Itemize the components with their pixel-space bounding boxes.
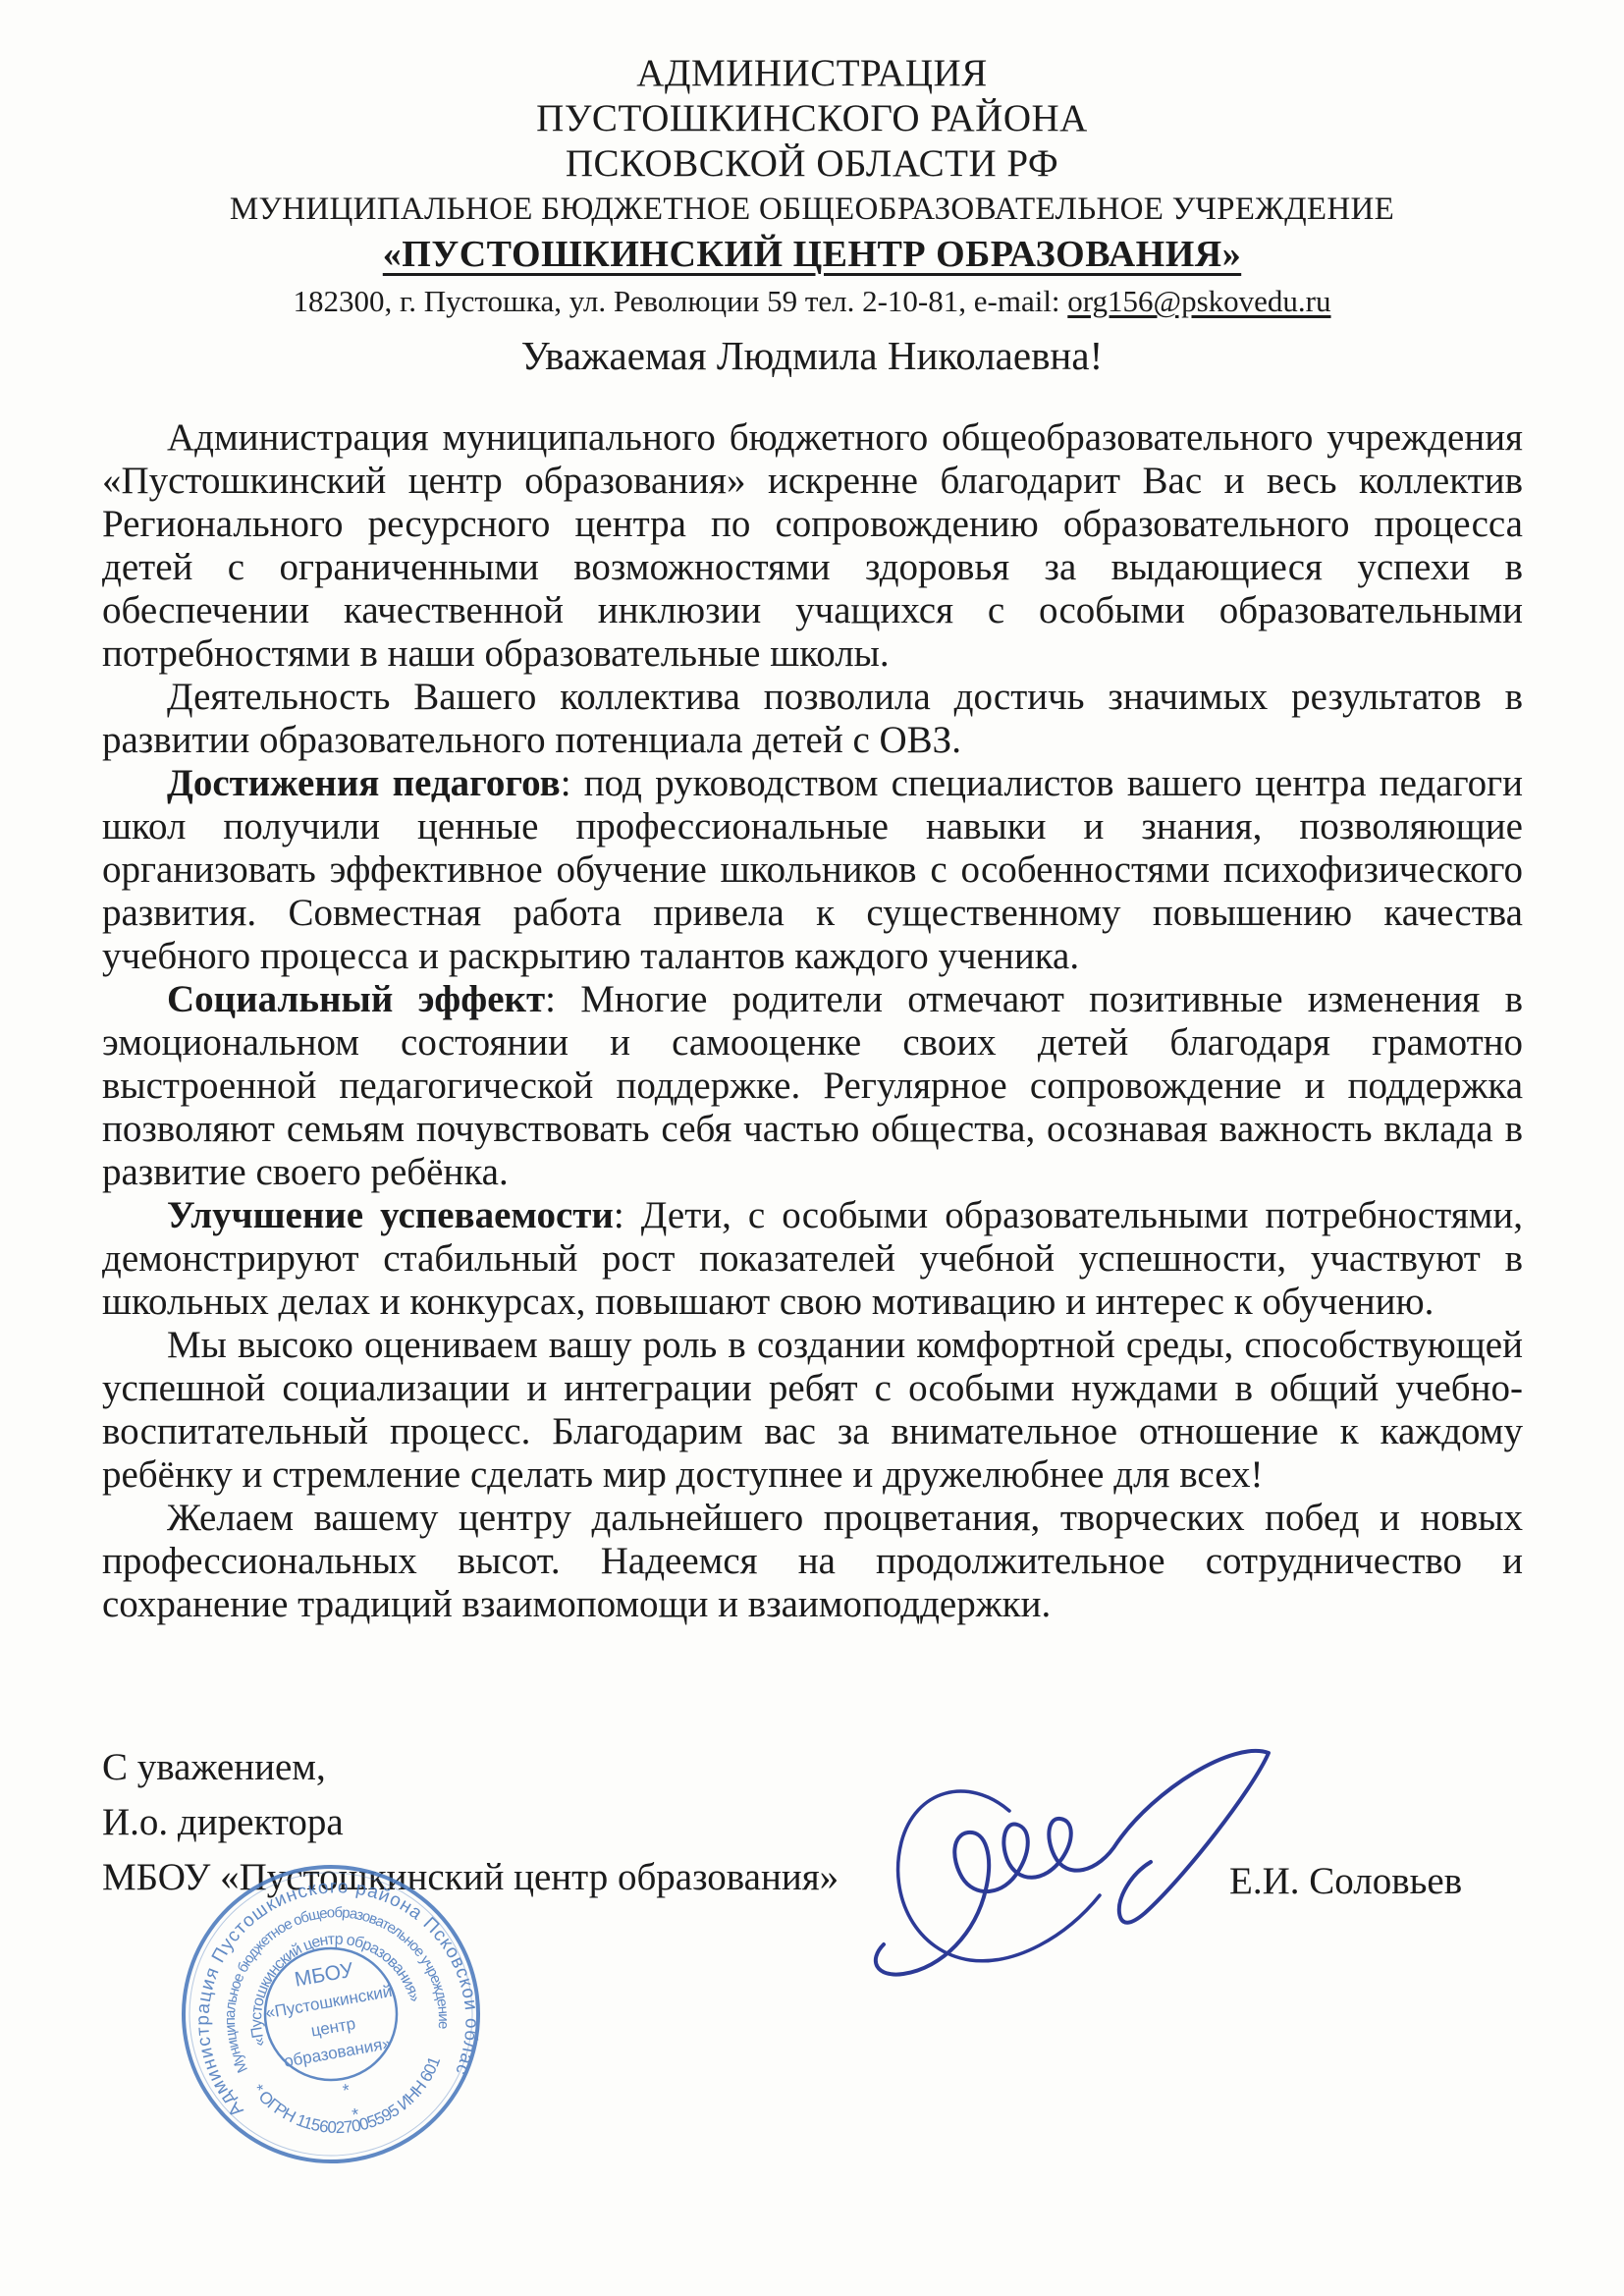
signature-stroke-loop	[898, 1791, 1100, 1961]
paragraph-4-lead: Социальный эффект	[167, 978, 545, 1020]
paragraph-1: Администрация муниципального бюджетного …	[102, 416, 1523, 676]
stamp-center-line-3: центр	[309, 2014, 356, 2041]
closing-position: И.о. директора	[102, 1795, 839, 1850]
closing-regards: С уважением,	[102, 1740, 839, 1795]
letterhead-line-2: ПУСТОШКИНСКОГО РАЙОНА	[0, 96, 1624, 141]
letterhead-line-3: ПСКОВСКОЙ ОБЛАСТИ РФ	[0, 141, 1624, 187]
letterhead-line-4: МУНИЦИПАЛЬНОЕ БЮДЖЕТНОЕ ОБЩЕОБРАЗОВАТЕЛЬ…	[0, 187, 1624, 232]
paragraph-7-text: Желаем вашему центру дальнейшего процвет…	[102, 1497, 1523, 1625]
paragraph-6-text: Мы высоко оцениваем вашу роль в создании…	[102, 1324, 1523, 1496]
paragraph-2: Деятельность Вашего коллектива позволила…	[102, 676, 1523, 762]
paragraph-5: Улучшение успеваемости: Дети, с особыми …	[102, 1194, 1523, 1324]
org-name: «ПУСТОШКИНСКИЙ ЦЕНТР ОБРАЗОВАНИЯ»	[0, 232, 1624, 278]
email-link[interactable]: org156@pskovedu.ru	[1067, 284, 1330, 318]
paragraph-6: Мы высоко оцениваем вашу роль в создании…	[102, 1324, 1523, 1497]
paragraph-2-text: Деятельность Вашего коллектива позволила…	[102, 676, 1523, 761]
letterhead: АДМИНИСТРАЦИЯ ПУСТОШКИНСКОГО РАЙОНА ПСКО…	[0, 51, 1624, 325]
letterhead-line-1: АДМИНИСТРАЦИЯ	[0, 51, 1624, 96]
paragraph-7: Желаем вашему центру дальнейшего процвет…	[102, 1497, 1523, 1626]
paragraph-4: Социальный эффект: Многие родители отмеч…	[102, 978, 1523, 1194]
paragraph-5-lead: Улучшение успеваемости	[167, 1194, 614, 1236]
org-address: 182300, г. Пустошка, ул. Революции 59 те…	[0, 278, 1624, 325]
stamp-center-line-1: МБОУ	[293, 1958, 355, 1991]
letter-body: Администрация муниципального бюджетного …	[102, 416, 1523, 1626]
paragraph-1-text: Администрация муниципального бюджетного …	[102, 416, 1523, 675]
letter-page: АДМИНИСТРАЦИЯ ПУСТОШКИНСКОГО РАЙОНА ПСКО…	[0, 0, 1624, 2296]
address-text: 182300, г. Пустошка, ул. Революции 59 те…	[293, 284, 1067, 318]
paragraph-3: Достижения педагогов: под руководством с…	[102, 762, 1523, 978]
paragraph-3-lead: Достижения педагогов	[167, 762, 561, 804]
stamp-star-1: *	[341, 2080, 351, 2101]
stamp-center-line-4: образования»	[283, 2034, 393, 2071]
stamp-center-line-2: «Пустошкинский	[264, 1982, 394, 2022]
official-stamp: Администрация Пустошкинского района Пско…	[169, 1852, 493, 2176]
salutation: Уважаемая Людмила Николаевна!	[0, 332, 1624, 379]
signature-flourish	[860, 1721, 1312, 2005]
signature-stroke-main	[876, 1751, 1269, 1975]
